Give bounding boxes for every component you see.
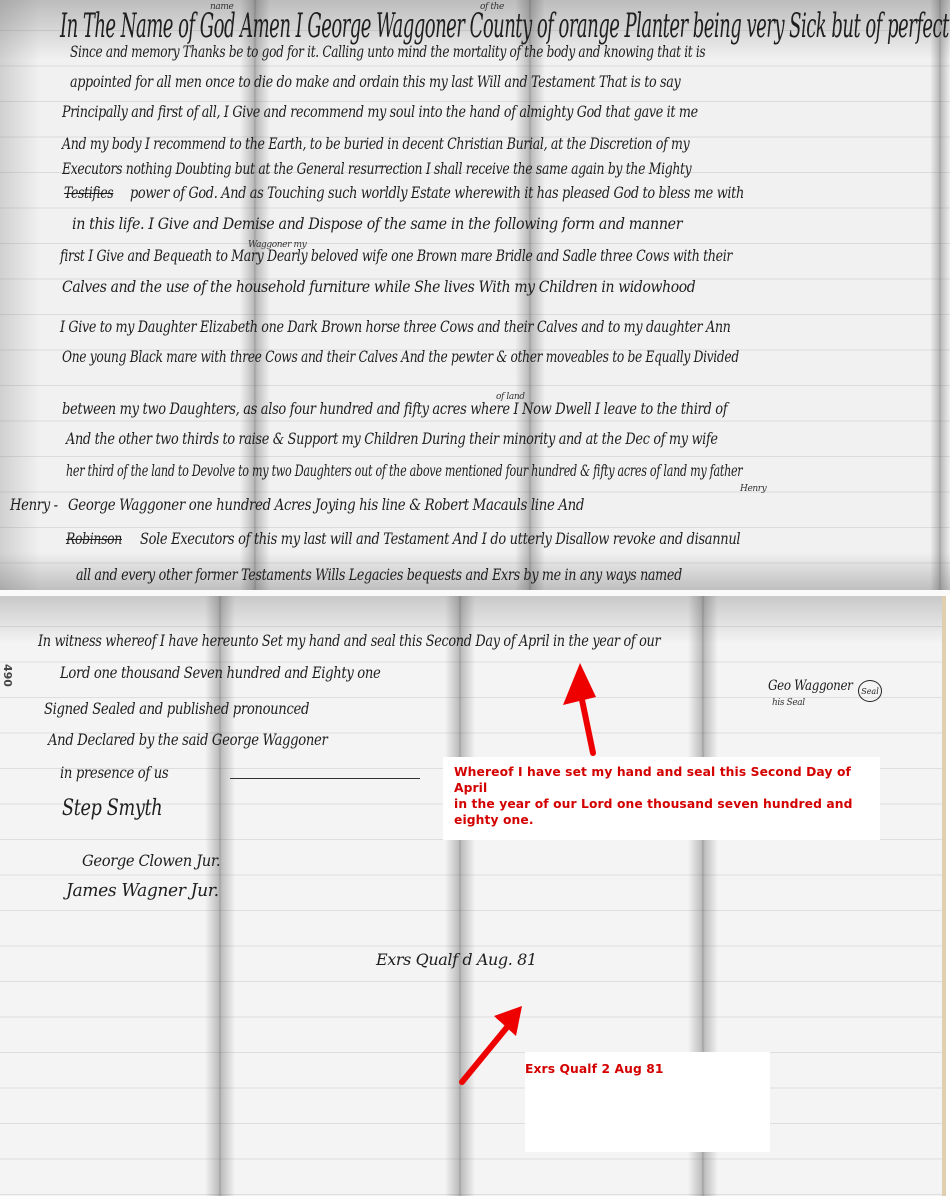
will-line-9: first I Give and Bequeath to Mary Dearly…	[60, 247, 732, 265]
will-line-7: power of God. And as Touching such world…	[130, 184, 744, 202]
will-line-15: her third of the land to Devolve to my t…	[66, 462, 742, 480]
witness-signature-3: James Wagner Jur.	[66, 880, 219, 901]
fold-crease	[445, 596, 475, 1196]
will-line-11: I Give to my Daughter Elizabeth one Dark…	[60, 318, 731, 336]
arrow-icon	[555, 655, 615, 760]
scan-page-bottom: 490 In witness whereof I have hereunto S…	[0, 596, 946, 1196]
scan-page-top: name of the In The Name of God Amen I Ge…	[0, 0, 950, 592]
will-line-17: Sole Executors of this my last will and …	[140, 530, 740, 548]
will-line-14: And the other two thirds to raise & Supp…	[66, 430, 718, 448]
will-line-3: appointed for all men once to die do mak…	[70, 73, 680, 91]
will-line-8: in this life. I Give and Demise and Disp…	[72, 215, 682, 233]
attestation-line-2: And Declared by the said George Waggoner	[48, 731, 327, 749]
will-line-1: In The Name of God Amen I George Waggone…	[60, 6, 950, 46]
signature-rule	[230, 778, 420, 779]
will-line-10: Calves and the use of the household furn…	[62, 278, 695, 296]
seal-mark: Seal	[858, 680, 882, 702]
interlinear-note: Henry	[740, 484, 766, 494]
witness-clause-line-1: In witness whereof I have hereunto Set m…	[38, 632, 660, 650]
will-line-13: between my two Daughters, as also four h…	[62, 400, 727, 418]
paper-edge	[942, 596, 946, 1196]
witness-signature-2: George Clowen Jur.	[82, 852, 220, 870]
struck-word: Testifies	[64, 184, 113, 202]
annotation-text: Whereof I have set my hand and seal this…	[443, 757, 880, 828]
testator-signature: Geo Waggoner	[768, 678, 853, 694]
testator-mark: his Seal	[772, 698, 805, 708]
will-line-5: And my body I recommend to the Earth, to…	[62, 135, 689, 153]
will-line-4: Principally and first of all, I Give and…	[62, 103, 698, 121]
attestation-line-1: Signed Sealed and published pronounced	[44, 700, 309, 718]
arrow-icon	[452, 1000, 532, 1090]
annotation-box-witness: Whereof I have set my hand and seal this…	[443, 757, 880, 840]
page-number: 490	[1, 664, 14, 687]
witness-clause-line-2: Lord one thousand Seven hundred and Eigh…	[60, 664, 380, 682]
will-line-6: Executors nothing Doubting but at the Ge…	[62, 160, 691, 178]
seal-label: Seal	[861, 687, 879, 696]
struck-word: Robinson	[66, 530, 122, 548]
will-line-16: George Waggoner one hundred Acres Joying…	[68, 496, 584, 514]
witness-signature-1: Step Smyth	[62, 796, 162, 821]
will-line-12: One young Black mare with three Cows and…	[62, 348, 739, 366]
annotation-box-probate: Exrs Qualf 2 Aug 81	[525, 1052, 770, 1152]
will-line-2: Since and memory Thanks be to god for it…	[70, 43, 705, 61]
probate-note: Exrs Qualf d Aug. 81	[376, 950, 537, 969]
attestation-line-3: in presence of us	[60, 764, 168, 782]
margin-name-henry: Henry -	[10, 496, 58, 514]
fold-crease	[930, 0, 950, 592]
will-line-18: all and every other former Testaments Wi…	[76, 566, 682, 584]
annotation-text: Exrs Qualf 2 Aug 81	[525, 1052, 770, 1077]
